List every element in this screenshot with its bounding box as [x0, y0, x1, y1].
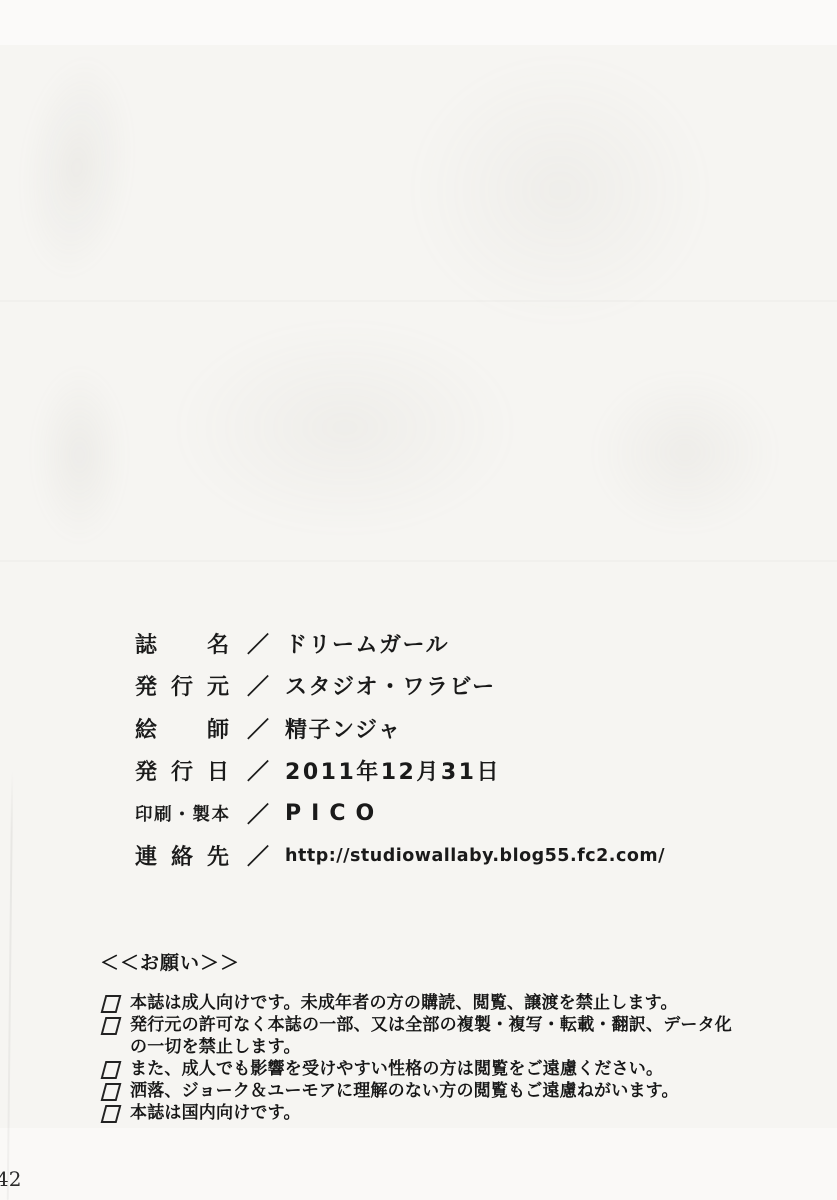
- colophon-label: 連絡先: [135, 840, 229, 871]
- showthrough-artwork: [175, 320, 515, 535]
- slash-separator: ／: [247, 713, 269, 744]
- notice-item-text: 本誌は成人向けです。未成年者の方の購読、閲覧、譲渡を禁止します。: [130, 992, 748, 1014]
- colophon-label: 絵師: [135, 713, 229, 744]
- checkbox-icon: [101, 995, 122, 1013]
- printer-name: PICO: [285, 801, 384, 826]
- colophon-label: 発行元: [135, 670, 229, 701]
- notice-block: ＜＜お願い＞＞ 本誌は成人向けです。未成年者の方の購読、閲覧、譲渡を禁止します。…: [100, 948, 748, 1124]
- showthrough-artwork: [32, 365, 127, 545]
- scan-light-band-top: [0, 0, 837, 45]
- slash-separator: ／: [247, 755, 269, 786]
- publish-date: 2011年12月31日: [285, 755, 501, 786]
- colophon-row-printer: 印刷・製本 ／ PICO: [135, 792, 665, 835]
- notice-item: 発行元の許可なく本誌の一部、又は全部の複製・複写・転載・翻訳、データ化の一切を禁…: [100, 1014, 748, 1058]
- page-number: 42: [0, 1167, 21, 1191]
- notice-heading: ＜＜お願い＞＞: [100, 948, 748, 975]
- slash-separator: ／: [247, 840, 269, 871]
- slash-separator: ／: [247, 798, 269, 829]
- scan-light-band-bottom: [0, 1128, 837, 1200]
- notice-item: 本誌は国内向けです。: [100, 1102, 748, 1124]
- notice-item: また、成人でも影響を受けやすい性格の方は閲覧をご遠慮ください。: [100, 1058, 748, 1080]
- slash-separator: ／: [247, 628, 269, 659]
- showthrough-artwork: [590, 370, 780, 535]
- checkbox-icon: [101, 1083, 122, 1101]
- showthrough-artwork: [11, 50, 144, 285]
- scan-seam: [0, 300, 837, 302]
- colophon-row-contact: 連絡先 ／ http://studiowallaby.blog55.fc2.co…: [135, 835, 665, 878]
- colophon-row-publisher: 発行元 ／ スタジオ・ワラビー: [135, 665, 665, 708]
- notice-item-text: 洒落、ジョーク＆ユーモアに理解のない方の閲覧もご遠慮ねがいます。: [130, 1080, 748, 1102]
- notice-list: 本誌は成人向けです。未成年者の方の購読、閲覧、譲渡を禁止します。 発行元の許可な…: [100, 992, 748, 1124]
- colophon-label: 印刷・製本: [135, 801, 229, 826]
- checkbox-icon: [101, 1017, 122, 1035]
- publisher-name: スタジオ・ワラビー: [285, 670, 496, 701]
- colophon-block: 誌名 ／ ドリームガール 発行元 ／ スタジオ・ワラビー 絵師 ／ 精子ンジャ …: [135, 622, 665, 877]
- checkbox-icon: [101, 1105, 122, 1123]
- colophon-label: 発行日: [135, 755, 229, 786]
- scan-seam: [0, 560, 837, 562]
- notice-item-text: 発行元の許可なく本誌の一部、又は全部の複製・複写・転載・翻訳、データ化の一切を禁…: [130, 1014, 748, 1058]
- notice-item: 本誌は成人向けです。未成年者の方の購読、閲覧、譲渡を禁止します。: [100, 992, 748, 1014]
- colophon-label: 誌名: [135, 628, 229, 659]
- scanned-colophon-page: 誌名 ／ ドリームガール 発行元 ／ スタジオ・ワラビー 絵師 ／ 精子ンジャ …: [0, 0, 837, 1200]
- contact-url: http://studiowallaby.blog55.fc2.com/: [285, 846, 665, 866]
- notice-item-text: また、成人でも影響を受けやすい性格の方は閲覧をご遠慮ください。: [130, 1058, 748, 1080]
- notice-item-text: 本誌は国内向けです。: [130, 1102, 748, 1124]
- showthrough-artwork: [410, 55, 710, 325]
- notice-item: 洒落、ジョーク＆ユーモアに理解のない方の閲覧もご遠慮ねがいます。: [100, 1080, 748, 1102]
- artist-name: 精子ンジャ: [285, 713, 402, 744]
- colophon-row-publish-date: 発行日 ／ 2011年12月31日: [135, 750, 665, 793]
- colophon-row-artist: 絵師 ／ 精子ンジャ: [135, 707, 665, 750]
- book-title: ドリームガール: [285, 628, 449, 659]
- checkbox-icon: [101, 1061, 122, 1079]
- slash-separator: ／: [247, 670, 269, 701]
- colophon-row-title: 誌名 ／ ドリームガール: [135, 622, 665, 665]
